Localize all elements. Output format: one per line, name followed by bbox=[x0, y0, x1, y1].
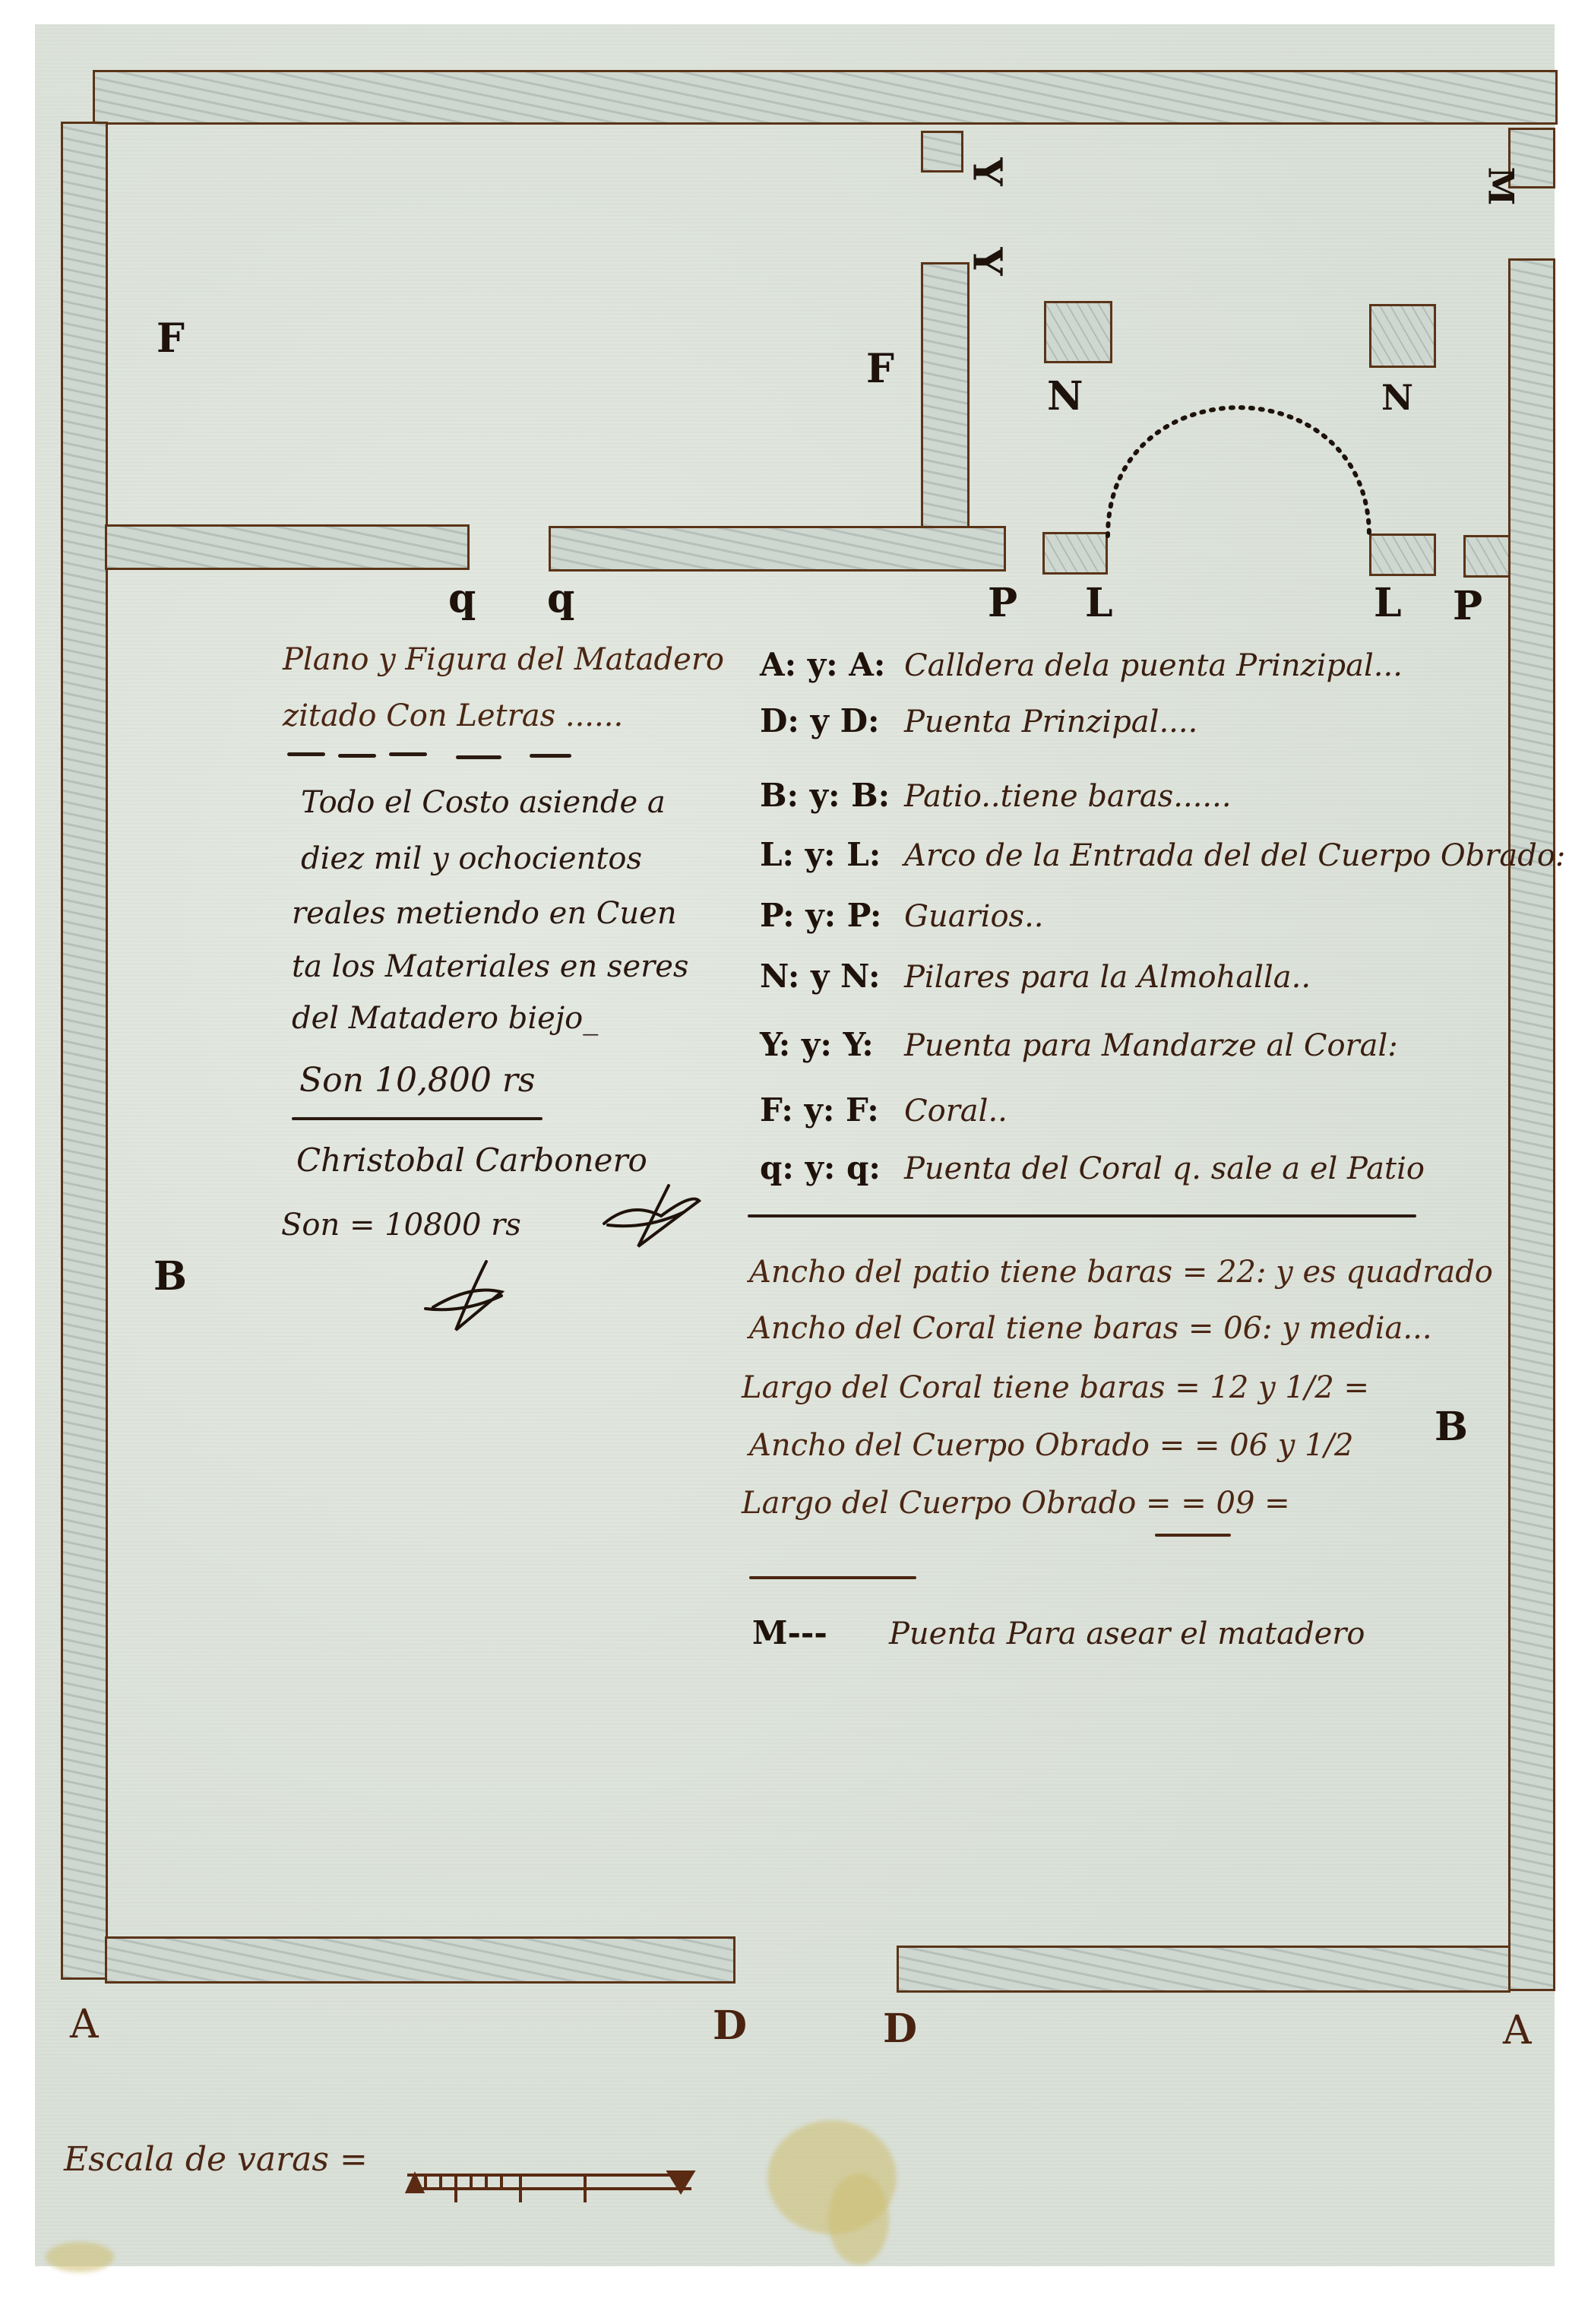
door-note: M--- Puenta Para asear el matadero bbox=[752, 1614, 1365, 1651]
door-note-code: M--- bbox=[752, 1614, 889, 1651]
measurement-line: Largo del Cuerpo Obrado = = 09 = bbox=[742, 1488, 1290, 1518]
signature-rubric-icon bbox=[0, 0, 1588, 2324]
scale-label: Escala de varas = bbox=[64, 2143, 368, 2177]
measurement-line: Ancho del Cuerpo Obrado = = 06 y 1/2 bbox=[749, 1430, 1354, 1461]
measurement-divider bbox=[749, 1576, 916, 1579]
measurement-line: Largo del Coral tiene baras = 12 y 1/2 = bbox=[742, 1373, 1369, 1403]
measurement-line: Ancho del Coral tiene baras = 06: y medi… bbox=[749, 1313, 1432, 1344]
measurement-line: Ancho del patio tiene baras = 22: y es q… bbox=[749, 1257, 1493, 1287]
measurement-underline bbox=[1155, 1534, 1231, 1537]
door-note-desc: Puenta Para asear el matadero bbox=[889, 1616, 1365, 1651]
